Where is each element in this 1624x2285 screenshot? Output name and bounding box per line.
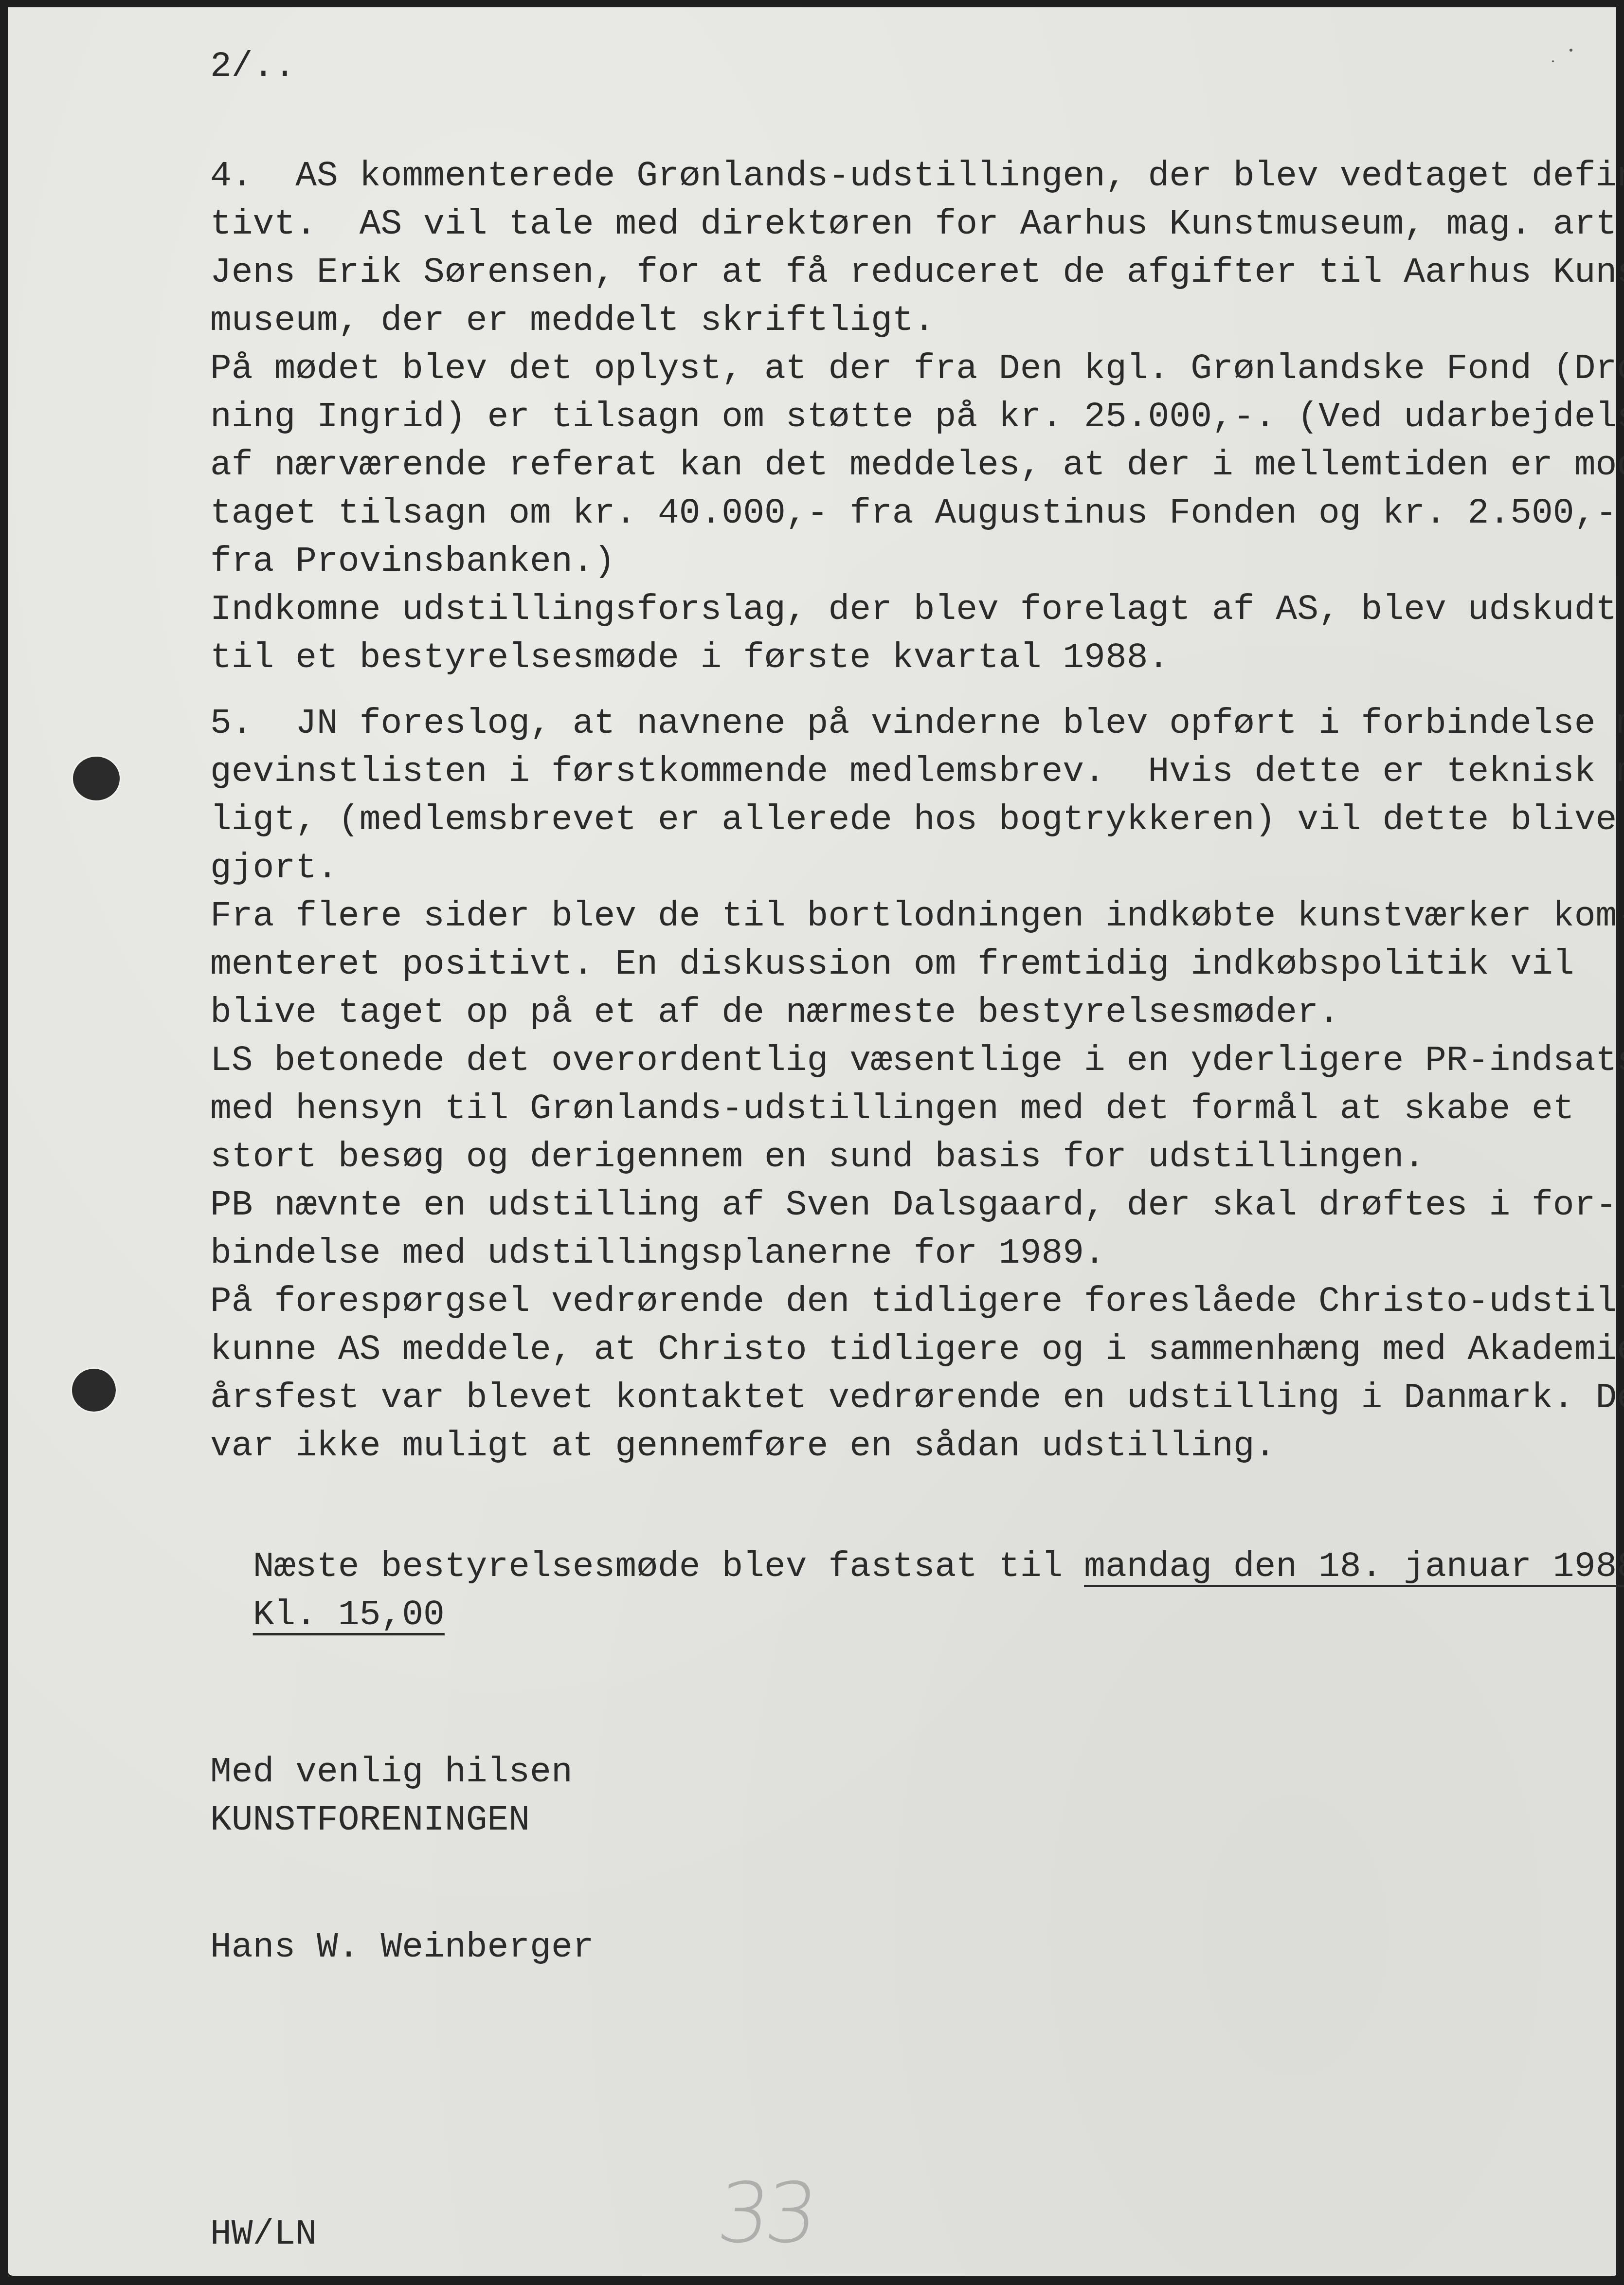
body-text-line: årsfest var blevet kontaktet vedrørende … bbox=[210, 1380, 1624, 1415]
next-meeting-time-line: Kl. 15,00 bbox=[210, 1561, 445, 1632]
next-meeting-date: mandag den 18. januar 1988 - bbox=[1084, 1546, 1624, 1587]
body-text-line: LS betonede det overordentlig væsentlige… bbox=[210, 1043, 1624, 1078]
ink-speck bbox=[1552, 60, 1554, 62]
body-text-line: På mødet blev det oplyst, at der fra Den… bbox=[210, 351, 1624, 386]
punch-hole-bottom bbox=[72, 1369, 116, 1412]
page-continuation-marker: 2/.. bbox=[210, 49, 295, 84]
closing-greeting: Med venlig hilsen bbox=[210, 1754, 573, 1790]
handwritten-page-number: 33 bbox=[713, 2165, 818, 2262]
body-text-line: På forespørgsel vedrørende den tidligere… bbox=[210, 1284, 1624, 1319]
body-text-line: fra Provinsbanken.) bbox=[210, 544, 615, 579]
body-text-line: gjort. bbox=[210, 850, 338, 886]
body-text-line: Jens Erik Sørensen, for at få reduceret … bbox=[210, 254, 1624, 290]
organization-name: KUNSTFORENINGEN bbox=[210, 1802, 530, 1838]
body-text-line: taget tilsagn om kr. 40.000,- fra August… bbox=[210, 495, 1617, 531]
body-text-line: ligt, (medlemsbrevet er allerede hos bog… bbox=[210, 802, 1617, 837]
body-text-line: gevinstlisten i førstkommende medlemsbre… bbox=[210, 754, 1624, 789]
body-text-line: ning Ingrid) er tilsagn om støtte på kr.… bbox=[210, 399, 1624, 435]
body-text-line: menteret positivt. En diskussion om frem… bbox=[210, 946, 1574, 982]
body-text-line: med hensyn til Grønlands-udstillingen me… bbox=[210, 1091, 1574, 1126]
body-text-line: stort besøg og derigennem en sund basis … bbox=[210, 1139, 1425, 1175]
body-text-line: af nærværende referat kan det meddeles, … bbox=[210, 447, 1624, 483]
punch-hole-top bbox=[73, 757, 120, 800]
body-text-line: Fra flere sider blev de til bortlodninge… bbox=[210, 898, 1624, 934]
body-text-line: blive taget op på et af de nærmeste best… bbox=[210, 995, 1340, 1030]
body-text-line: bindelse med udstillingsplanerne for 198… bbox=[210, 1235, 1105, 1271]
signatory-name: Hans W. Weinberger bbox=[210, 1929, 594, 1965]
reference-initials: HW/LN bbox=[210, 2216, 317, 2252]
next-meeting-time: Kl. 15,00 bbox=[253, 1595, 445, 1635]
body-text-line: Indkomne udstillingsforslag, der blev fo… bbox=[210, 592, 1617, 627]
body-text-line: museum, der er meddelt skriftligt. bbox=[210, 303, 935, 338]
body-text-line: kunne AS meddele, at Christo tidligere o… bbox=[210, 1332, 1624, 1367]
body-text-line: PB nævnte en udstilling af Sven Dalsgaar… bbox=[210, 1187, 1617, 1223]
body-text-line: til et bestyrelsesmøde i første kvartal … bbox=[210, 640, 1169, 675]
body-text-line: 4. AS kommenterede Grønlands-udstillinge… bbox=[210, 158, 1624, 194]
body-text-line: tivt. AS vil tale med direktøren for Aar… bbox=[210, 206, 1624, 242]
body-text-line: var ikke muligt at gennemføre en sådan u… bbox=[210, 1428, 1276, 1464]
body-text-line: 5. JN foreslog, at navnene på vinderne b… bbox=[210, 706, 1624, 741]
ink-speck bbox=[1570, 49, 1572, 52]
